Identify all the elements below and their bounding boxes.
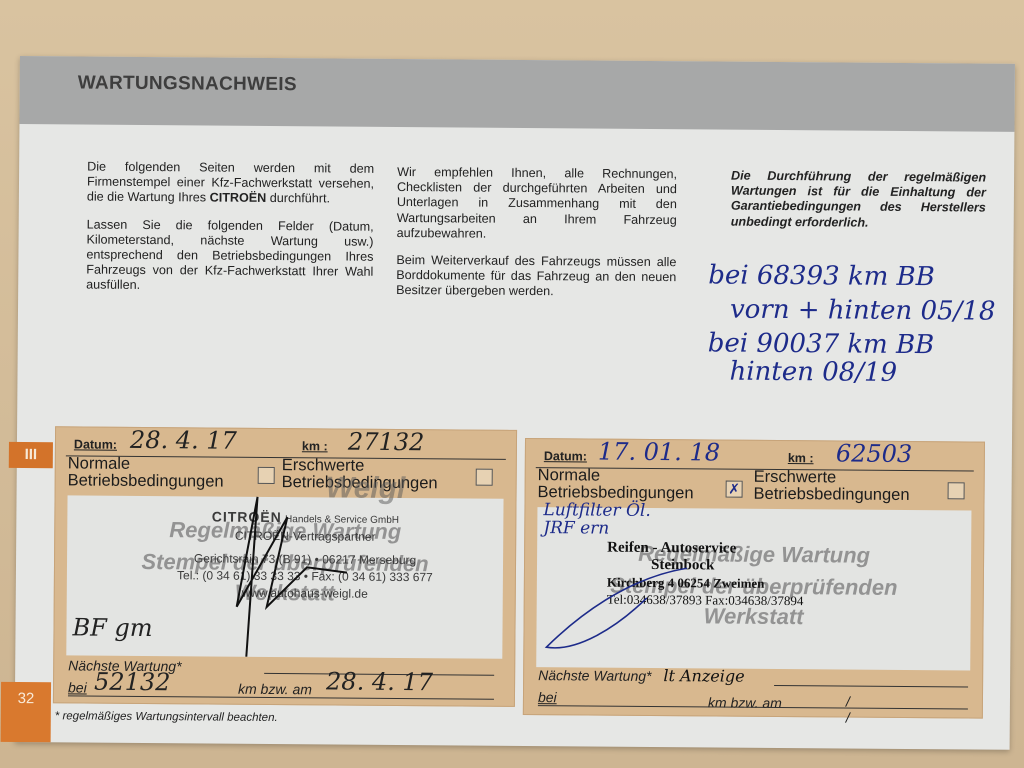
dealer-stamp: Weigl CITROËN Handels & Service GmbH CIT… (155, 516, 456, 603)
brand-name: CITROËN (210, 191, 267, 205)
hard-conditions-label: Erschwerte Betriebsbedingungen (754, 469, 910, 504)
note-line: bei 68393 km BB (708, 258, 998, 294)
service-entry-1: Datum: 28. 4. 17 km : 27132 Normale Betr… (53, 426, 517, 707)
normal-conditions-checkbox-checked[interactable]: ✗ (726, 481, 743, 498)
intro-paragraph: Wir empfehlen Ihnen, alle Rechnungen, Ch… (397, 165, 678, 243)
page-title: WARTUNGSNACHWEIS (78, 72, 297, 96)
next-service-label: Nächste Wartung* lt Anzeige (538, 665, 968, 687)
page-number: 32 (1, 682, 51, 742)
note-line: hinten 08/19 (707, 354, 997, 390)
km-label: km : (788, 451, 814, 465)
handwritten-note: bei 68393 km BB vorn + hinten 05/18 bei … (707, 258, 998, 390)
citroen-logo: CITROËN (212, 509, 282, 526)
technician-initials: BF gm (72, 613, 152, 642)
service-notes: Luftfilter Öl. JRF ern (543, 501, 651, 538)
section-tab: III (9, 442, 53, 468)
next-date-value[interactable]: / / (846, 694, 968, 727)
workshop-stamp: Reifen - Autoservice Steinbock Kirchberg… (607, 540, 878, 610)
next-km-value[interactable]: 52132 (94, 668, 171, 697)
date-value[interactable]: 28. 4. 17 (130, 426, 237, 455)
km-label: km : (302, 439, 328, 453)
next-date-value[interactable]: 28. 4. 17 (326, 667, 433, 696)
date-value[interactable]: 17. 01. 18 (598, 438, 720, 467)
note-line: vorn + hinten 05/18 (708, 292, 998, 328)
date-label: Datum: (544, 449, 587, 463)
km-value[interactable]: 27132 (348, 428, 425, 457)
service-entry-2: Datum: 17. 01. 18 km : 62503 Normale Bet… (523, 438, 985, 719)
intro-paragraph: Beim Weiterverkauf des Fahrzeugs müssen … (396, 253, 676, 301)
normal-conditions-label: Normale Betriebsbedingungen (68, 455, 224, 490)
intro-paragraph: Die folgenden Seiten werden mit dem Firm… (87, 160, 374, 208)
hard-conditions-checkbox[interactable] (476, 469, 493, 486)
stamp-area: Regelmäßige Wartung Stempel der überprüf… (66, 495, 503, 658)
intro-column-1: Die folgenden Seiten werden mit dem Firm… (86, 160, 374, 308)
next-service-row: bei 52132 km bzw. am 28. 4. 17 (68, 679, 500, 682)
footnote: * regelmäßiges Wartungsintervall beachte… (55, 710, 278, 724)
warranty-notice: Die Durchführung der regelmäßigen Wartun… (731, 169, 987, 244)
normal-conditions-label: Normale Betriebsbedingungen (538, 467, 694, 502)
maintenance-record-page: WARTUNGSNACHWEIS Die folgenden Seiten we… (15, 56, 1015, 750)
intro-paragraph: Lassen Sie die folgenden Felder (Datum, … (86, 217, 374, 295)
normal-conditions-checkbox[interactable] (258, 467, 275, 484)
next-service-note[interactable]: lt Anzeige (663, 666, 744, 686)
km-value[interactable]: 62503 (836, 439, 913, 468)
next-service-row: bei km bzw. am / / (538, 689, 968, 692)
intro-column-2: Wir empfehlen Ihnen, alle Rechnungen, Ch… (396, 165, 677, 313)
dealer-brand-mark: Weigl (275, 479, 455, 510)
hard-conditions-checkbox[interactable] (948, 482, 965, 499)
header-band: WARTUNGSNACHWEIS (19, 56, 1015, 132)
date-label: Datum: (74, 437, 117, 451)
stamp-area: Luftfilter Öl. JRF ern Regelmäßige Wartu… (536, 507, 971, 670)
